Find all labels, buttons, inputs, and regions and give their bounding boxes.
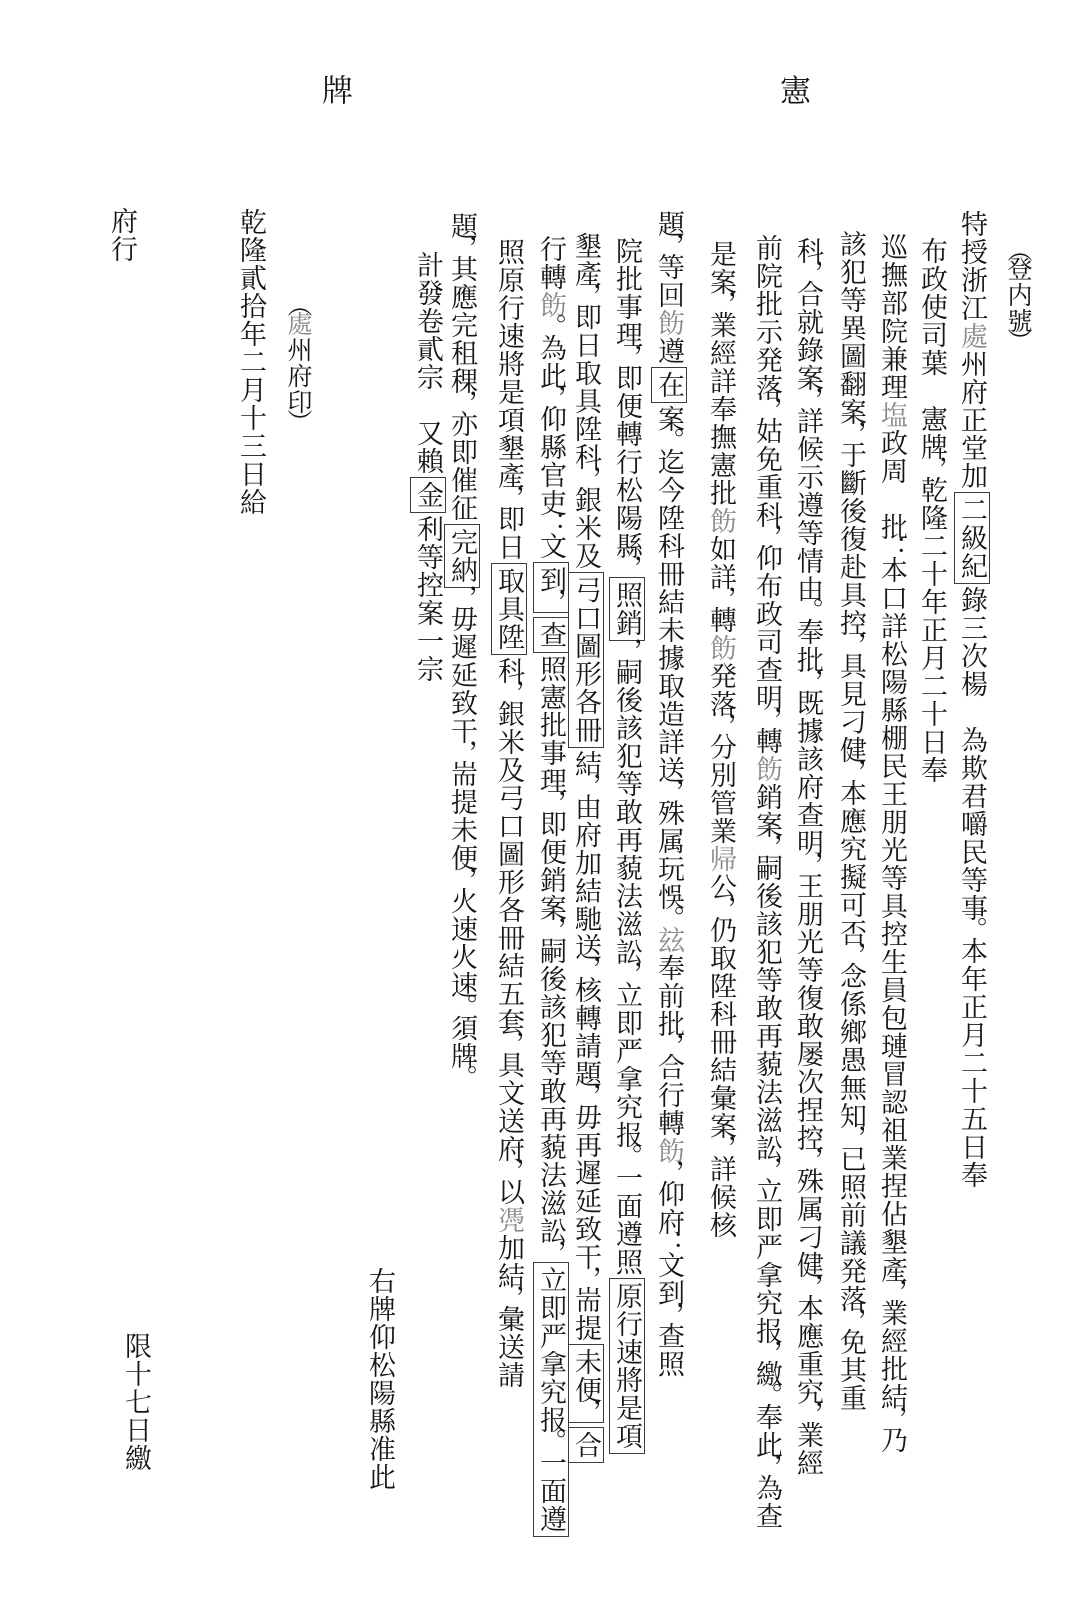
boxed-text: 原行速將是項 [609,1278,645,1454]
punctuation: ， [494,1157,524,1185]
text-run: 憲 [775,74,810,106]
boxed-text: 立即严拿究报。一面遵 [533,1262,569,1537]
text-run: 特授浙江 [957,210,987,322]
punctuation: ， [752,833,782,861]
column-01: 特授浙江處州府正堂加二級紀錄三次楊 為欺君嚼民等事。本年正月二十五日奉 [955,210,989,1189]
boxed-text: 金 [410,477,446,513]
column-13: 題，其應完租稞，亦即催征完納，毋遲延致干，耑提未便，火速火速。須牌。 [445,212,479,1085]
text-run: ︵ [284,298,311,311]
variant-glyph: 玆 [654,926,684,954]
text-run: 照憲批事理，即便銷案，嗣後該犯等敢再藐法滋訟， [536,655,566,1260]
punctuation: 。 [957,916,987,944]
punctuation: ， [836,1124,866,1152]
text-run: 行轉 [536,235,566,291]
text-run: 案。迄今陞科冊結未據取造詳送，殊属玩悞。 [654,405,684,926]
boxed-text: 查 [533,617,569,653]
text-run: 科，銀米及弓口圖形各冊結五套，具文送府，以 [494,657,524,1206]
text-run: 利等控案一宗 [413,515,443,683]
registry-number-note: ︵登内號︶ [1000,243,1034,347]
text-run: 巡撫部院兼理 [877,233,907,401]
text-run: 布政使司葉 憲牌，乾隆二十年正月二十日奉 [917,237,947,784]
column-08: 題，等回飭遵在案。迄今陞科冊結未據取造詳送，殊属玩悞。玆奉前批，合行轉飭，仰府：… [652,210,686,1378]
punctuation: ， [836,420,866,448]
text-run: ，嗣後該犯等敢再藐法滋訟，立即严拿究报。一面遵照 [612,643,642,1276]
text-run: 墾產，即日取具陞科，銀米及 [571,232,601,570]
punctuation: ， [654,1301,684,1329]
fu-xing-note: 府行 [105,207,139,263]
text-run: 錄三次楊 為欺君嚼民等事。本年正月二十五日奉 [957,586,987,1189]
punctuation: ， [447,739,477,767]
text-run: 題，其應完租稞，亦即催征 [447,212,477,522]
text-run: 。為此，仰縣官吏：文 [536,319,566,560]
right-plaque-note: 右牌仰松陽縣准此 [363,1267,397,1491]
punctuation: ， [494,1030,524,1058]
punctuation: ： [877,535,907,563]
punctuation: ， [752,523,782,551]
punctuation: ︵ [1004,237,1031,263]
boxed-text: 完納 [444,524,480,588]
punctuation: ， [654,1159,684,1187]
punctuation: ， [612,637,642,665]
punctuation: ， [494,484,524,512]
boxed-text: 取具陞 [491,563,527,655]
text-run: ，仰府：文到，查照 [654,1165,684,1378]
punctuation: ， [654,232,684,260]
boxed-text: 到， [533,562,569,613]
column-03: 巡撫部院兼理塩政周 批：本口詳松陽縣棚民王朋光等具控生員包璉冒認祖業捏佔墾產，業… [875,233,909,1454]
punctuation: ， [793,1273,823,1301]
punctuation: ， [877,1278,907,1306]
text-run: 院批事理，即便轉行松陽縣， [612,237,642,575]
punctuation: ︶ [284,409,311,435]
punctuation: ， [571,1265,601,1293]
variant-glyph: 凴 [494,1206,524,1234]
variant-glyph: 飭 [706,634,736,662]
boxed-text: 在 [651,367,687,403]
punctuation: ， [447,866,477,894]
punctuation: ： [654,1230,684,1258]
date-line: 乾隆貳拾年二月十三日給 [234,208,268,516]
punctuation: ， [536,916,566,944]
variant-glyph: 處 [284,311,311,337]
text-run: 奉前批，合行轉 [654,954,684,1137]
punctuation: ， [494,1284,524,1312]
punctuation: 。 [447,1064,477,1092]
punctuation: ， [793,668,823,696]
punctuation: ， [836,1307,866,1335]
text-run: 公，仍取陞科冊結彙案，詳候核 [706,873,736,1239]
text-run: 政周 批：本口詳松陽縣棚民王朋光等具控生員包璉冒認祖業捏佔墾產，業經批結，乃 [877,429,907,1454]
text-run: 乾隆貳拾年二月十三日給 [236,208,266,516]
seal-note: ︵處州府印︶ [280,298,314,428]
punctuation: ， [752,1453,782,1481]
boxed-text: 未便， [568,1344,604,1423]
text-run: 銷案，嗣後該犯等敢再藐法滋訟，立即严拿究报，繳。奉此，為查 [752,783,782,1530]
text-run: 府行 [107,207,137,263]
punctuation: 。 [752,1382,782,1410]
punctuation: 。 [536,313,566,341]
column-11: 行轉飭。為此，仰縣官吏：文到，查照憲批事理，即便銷案，嗣後該犯等敢再藐法滋訟，立… [534,235,568,1539]
boxed-text: 合 [568,1427,604,1463]
deadline-note: 限十七日繳 [119,1332,153,1472]
punctuation: ， [706,585,736,613]
punctuation: ， [447,234,477,262]
punctuation: ， [793,1146,823,1174]
punctuation: ， [571,772,601,800]
column-04: 該犯等異圖翻案，于斷後復赴具控，具見刁健，本應究擬可否，念係鄉愚無知，已照前議発… [834,230,868,1412]
punctuation: ， [793,851,823,879]
punctuation: 。 [447,993,477,1021]
boxed-text: 二級紀 [954,492,990,584]
punctuation: ， [917,455,947,483]
punctuation: ， [654,778,684,806]
header-title-xian: 憲 [772,74,812,106]
column-07: 是案，業經詳奉撫憲批飭如詳，轉飭発落，分別管業帰公，仍取陞科冊結彙案，詳候核 [704,240,738,1239]
punctuation: ： [536,511,566,539]
text-run: 右牌仰松陽縣准此 [365,1267,395,1491]
variant-glyph: 飭 [706,507,736,535]
punctuation: ， [571,1082,601,1110]
punctuation: ， [571,282,601,310]
punctuation: ， [447,584,477,612]
punctuation: ， [706,1134,736,1162]
column-05: 科，合就錄案，詳候示遵等情由。奉批，既據該府查明，王朋光等復敢屡次捏控，殊属刁健… [791,237,825,1477]
punctuation: ︶ [1004,328,1031,354]
punctuation: ， [571,1398,601,1426]
punctuation: ， [612,343,642,371]
variant-glyph: 飭 [752,755,782,783]
text-run: 照原行速將是項墾產，即日 [494,238,524,561]
boxed-text: 弓口圖形各冊 [568,572,604,748]
punctuation: ， [836,941,866,969]
text-run: 前院批示発落，姑免重科，仰布政司查明，轉 [752,234,782,755]
text-run: 牌 [317,74,352,106]
punctuation: ， [836,758,866,786]
punctuation: ， [706,290,736,318]
text-run: 州府印︶ [284,337,311,428]
boxed-text: 照銷 [609,577,645,641]
punctuation: 。 [536,1428,566,1456]
text-run: 如詳，轉 [706,535,736,634]
punctuation: 。 [612,1143,642,1171]
punctuation: ， [706,895,736,923]
text-run: 科，合就錄案，詳候示遵等情由。奉批，既據該府查明，王朋光等復敢屡次捏控，殊属刁健… [793,237,823,1477]
text-run: 遵 [654,337,684,365]
variant-glyph: 帰 [706,845,736,873]
text-run: 発落，分別管業 [706,662,736,845]
punctuation: ， [793,259,823,287]
variant-glyph: 塩 [877,401,907,429]
punctuation: ， [706,712,736,740]
punctuation: ， [752,706,782,734]
punctuation: ， [536,384,566,412]
punctuation: ， [654,1032,684,1060]
column-06: 前院批示発落，姑免重科，仰布政司查明，轉飭銷案，嗣後該犯等敢再藐法滋訟，立即严拿… [750,234,784,1530]
text-run: 該犯等異圖翻案，于斷後復赴具控，具見刁健，本應究擬可否，念係鄉愚無知，已照前議発… [836,230,866,1412]
text-run: 州府正堂加 [957,350,987,490]
column-02: 布政使司葉 憲牌，乾隆二十年正月二十日奉 [915,237,949,784]
punctuation: ， [836,631,866,659]
text-run: 結，由府加結馳送，核轉請題，毋再遲延致干，耑提 [571,750,601,1342]
column-14: 計發卷貳宗 又賴金利等控案一宗 [411,251,445,683]
text-run: 加結，彙送請 [494,1234,524,1389]
punctuation: ， [536,789,566,817]
header-title-pai: 牌 [314,74,354,106]
punctuation: ， [447,389,477,417]
punctuation: ， [494,679,524,707]
column-10: 墾產，即日取具陞科，銀米及弓口圖形各冊結，由府加結馳送，核轉請題，毋再遲延致干，… [569,232,603,1465]
punctuation: 。 [793,597,823,625]
punctuation: ， [536,588,566,616]
punctuation: ， [752,1156,782,1184]
column-12: 照原行速將是項墾產，即日取具陞科，銀米及弓口圖形各冊結五套，具文送府，以凴加結，… [492,238,526,1389]
text-run: ，毋遲延致干，耑提未便，火速火速。須牌。 [447,590,477,1085]
text-run: 限十七日繳 [121,1332,151,1472]
punctuation: ， [752,396,782,424]
punctuation: ， [571,955,601,983]
punctuation: ， [793,1400,823,1428]
punctuation: ， [793,386,823,414]
document-page: 憲牌︵登内號︶特授浙江處州府正堂加二級紀錄三次楊 為欺君嚼民等事。本年正月二十五… [0,0,1080,1611]
text-run: ︵登内號︶ [1004,243,1031,347]
variant-glyph: 處 [957,322,987,350]
punctuation: ， [877,1405,907,1433]
text-run: 題，等回 [654,210,684,309]
punctuation: ， [612,960,642,988]
text-run: 是案，業經詳奉撫憲批 [706,240,736,507]
punctuation: ， [571,465,601,493]
text-run: 計發卷貳宗 又賴 [413,251,443,475]
punctuation: ， [752,1339,782,1367]
variant-glyph: 飭 [654,309,684,337]
punctuation: 。 [654,427,684,455]
column-09: 院批事理，即便轉行松陽縣，照銷，嗣後該犯等敢再藐法滋訟，立即严拿究报。一面遵照原… [610,237,644,1456]
